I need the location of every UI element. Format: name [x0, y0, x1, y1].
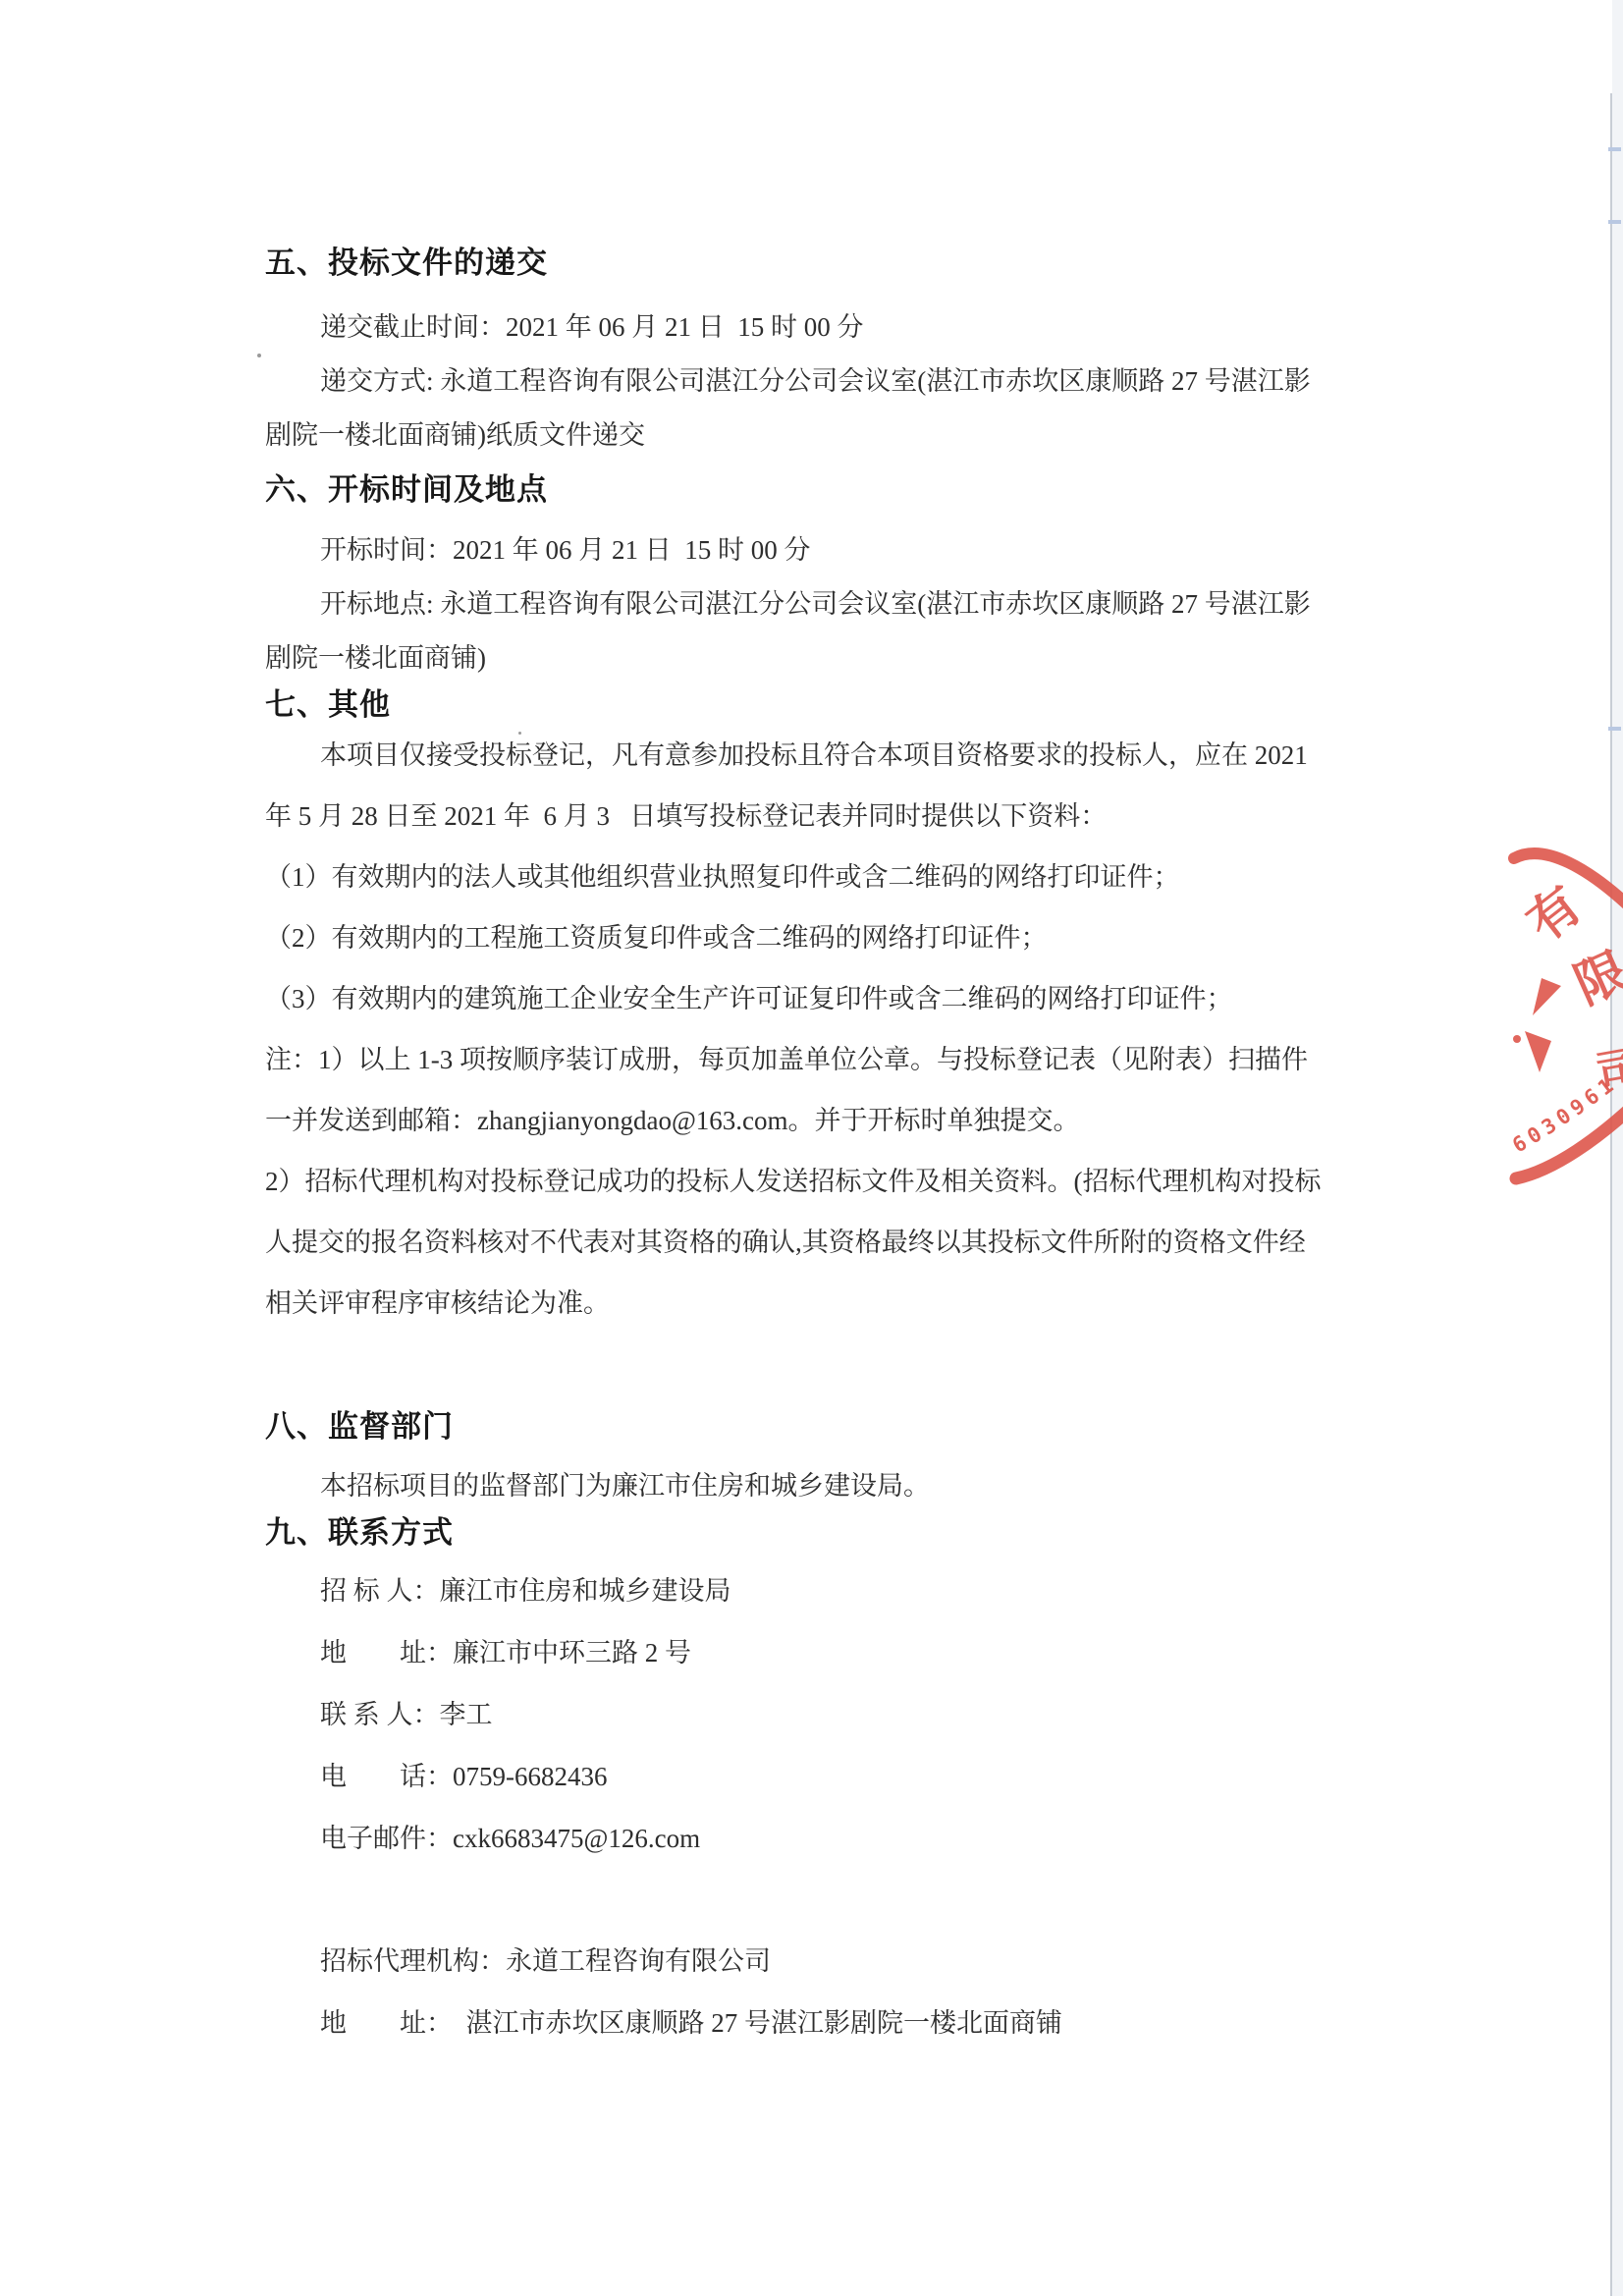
seal-char-xian: 限 — [1566, 941, 1623, 1016]
svg-text:6030961: 6030961 — [1508, 1070, 1621, 1157]
text-line: 开标时间：2021 年 06 月 21 日 15 时 00 分 — [265, 523, 1458, 577]
scan-tick-mark — [1608, 727, 1621, 731]
text-line: （3）有效期内的建筑施工企业安全生产许可证复印件或含二维码的网络打印证件； — [265, 968, 1458, 1029]
section-6-heading: 六、开标时间及地点 — [265, 470, 1458, 510]
section-5-heading: 五、投标文件的递交 — [265, 244, 1458, 283]
section-7-body: 本项目仅接受投标登记，凡有意参加投标且符合本项目资格要求的投标人，应在 2021… — [265, 725, 1458, 1334]
text-line: 注：1）以上 1-3 项按顺序装订成册，每页加盖单位公章。与投标登记表（见附表）… — [265, 1029, 1458, 1090]
seal-serial-number: 6030961 — [1508, 1070, 1623, 1157]
section-9-heading: 九、联系方式 — [265, 1513, 1458, 1553]
section-5-body: 递交截止时间：2021 年 06 月 21 日 15 时 00 分 递交方式: … — [265, 301, 1458, 463]
section-9-agency-block: 招标代理机构：永道工程咨询有限公司 地 址： 湛江市赤坎区康顺路 27 号湛江影… — [265, 1931, 1458, 2054]
text-line: 一并发送到邮箱：zhangjianyongdao@163.com。并于开标时单独… — [265, 1090, 1458, 1151]
text-line: 递交截止时间：2021 年 06 月 21 日 15 时 00 分 — [265, 301, 1458, 355]
scan-speck — [518, 732, 521, 735]
text-line: 开标地点: 永道工程咨询有限公司湛江分公司会议室(湛江市赤坎区康顺路 27 号湛… — [265, 577, 1458, 631]
section-7-heading: 七、其他 — [265, 685, 1458, 725]
agency-line: 招标代理机构：永道工程咨询有限公司 — [265, 1931, 1458, 1993]
text-line: （1）有效期内的法人或其他组织营业执照复印件或含二维码的网络打印证件； — [265, 847, 1458, 907]
tenderer-line: 招 标 人：廉江市住房和城乡建设局 — [265, 1560, 1458, 1622]
text-line: 2）招标代理机构对投标登记成功的投标人发送招标文件及相关资料。(招标代理机构对投… — [265, 1151, 1458, 1212]
seal-characters: 有 限 司 — [1516, 875, 1623, 1100]
agency-address-line: 地 址： 湛江市赤坎区康顺路 27 号湛江影剧院一楼北面商铺 — [265, 1993, 1458, 2054]
text-line: 相关评审程序审核结论为准。 — [265, 1273, 1458, 1334]
document-content: 五、投标文件的递交 递交截止时间：2021 年 06 月 21 日 15 时 0… — [265, 244, 1458, 2054]
red-seal-stamp: 有 限 司 6030961 — [1473, 823, 1623, 1206]
seal-serial-digits: 6030961 — [1508, 1070, 1621, 1157]
contact-person-line: 联 系 人：李工 — [265, 1684, 1458, 1746]
section-9-contact-block: 招 标 人：廉江市住房和城乡建设局 地 址：廉江市中环三路 2 号 联 系 人：… — [265, 1560, 1458, 1870]
text-line: 剧院一楼北面商铺)纸质文件递交 — [265, 409, 1458, 463]
section-8-body: 本招标项目的监督部门为廉江市住房和城乡建设局。 — [265, 1458, 1458, 1513]
seal-char-you: 有 — [1516, 875, 1594, 954]
scan-speck — [257, 354, 261, 357]
seal-star-points — [1513, 978, 1561, 1072]
scan-tick-mark — [1608, 147, 1621, 151]
text-line: （2）有效期内的工程施工资质复印件或含二维码的网络打印证件； — [265, 907, 1458, 968]
section-6-body: 开标时间：2021 年 06 月 21 日 15 时 00 分 开标地点: 永道… — [265, 523, 1458, 685]
text-line: 本项目仅接受投标登记，凡有意参加投标且符合本项目资格要求的投标人，应在 2021 — [265, 725, 1458, 786]
section-8-heading: 八、监督部门 — [265, 1407, 1458, 1447]
address-line: 地 址：廉江市中环三路 2 号 — [265, 1622, 1458, 1684]
document-page: 五、投标文件的递交 递交截止时间：2021 年 06 月 21 日 15 时 0… — [0, 0, 1623, 2296]
text-line: 人提交的报名资料核对不代表对其资格的确认,其资格最终以其投标文件所附的资格文件经 — [265, 1212, 1458, 1273]
text-line: 年 5 月 28 日至 2021 年 6 月 3 日填写投标登记表并同时提供以下… — [265, 786, 1458, 847]
text-line: 递交方式: 永道工程咨询有限公司湛江分公司会议室(湛江市赤坎区康顺路 27 号湛… — [265, 355, 1458, 409]
email-line: 电子邮件：cxk6683475@126.com — [265, 1808, 1458, 1870]
text-line: 本招标项目的监督部门为廉江市住房和城乡建设局。 — [265, 1458, 1458, 1513]
phone-line: 电 话：0759-6682436 — [265, 1746, 1458, 1808]
scan-tick-mark — [1608, 220, 1621, 224]
text-line: 剧院一楼北面商铺) — [265, 631, 1458, 685]
